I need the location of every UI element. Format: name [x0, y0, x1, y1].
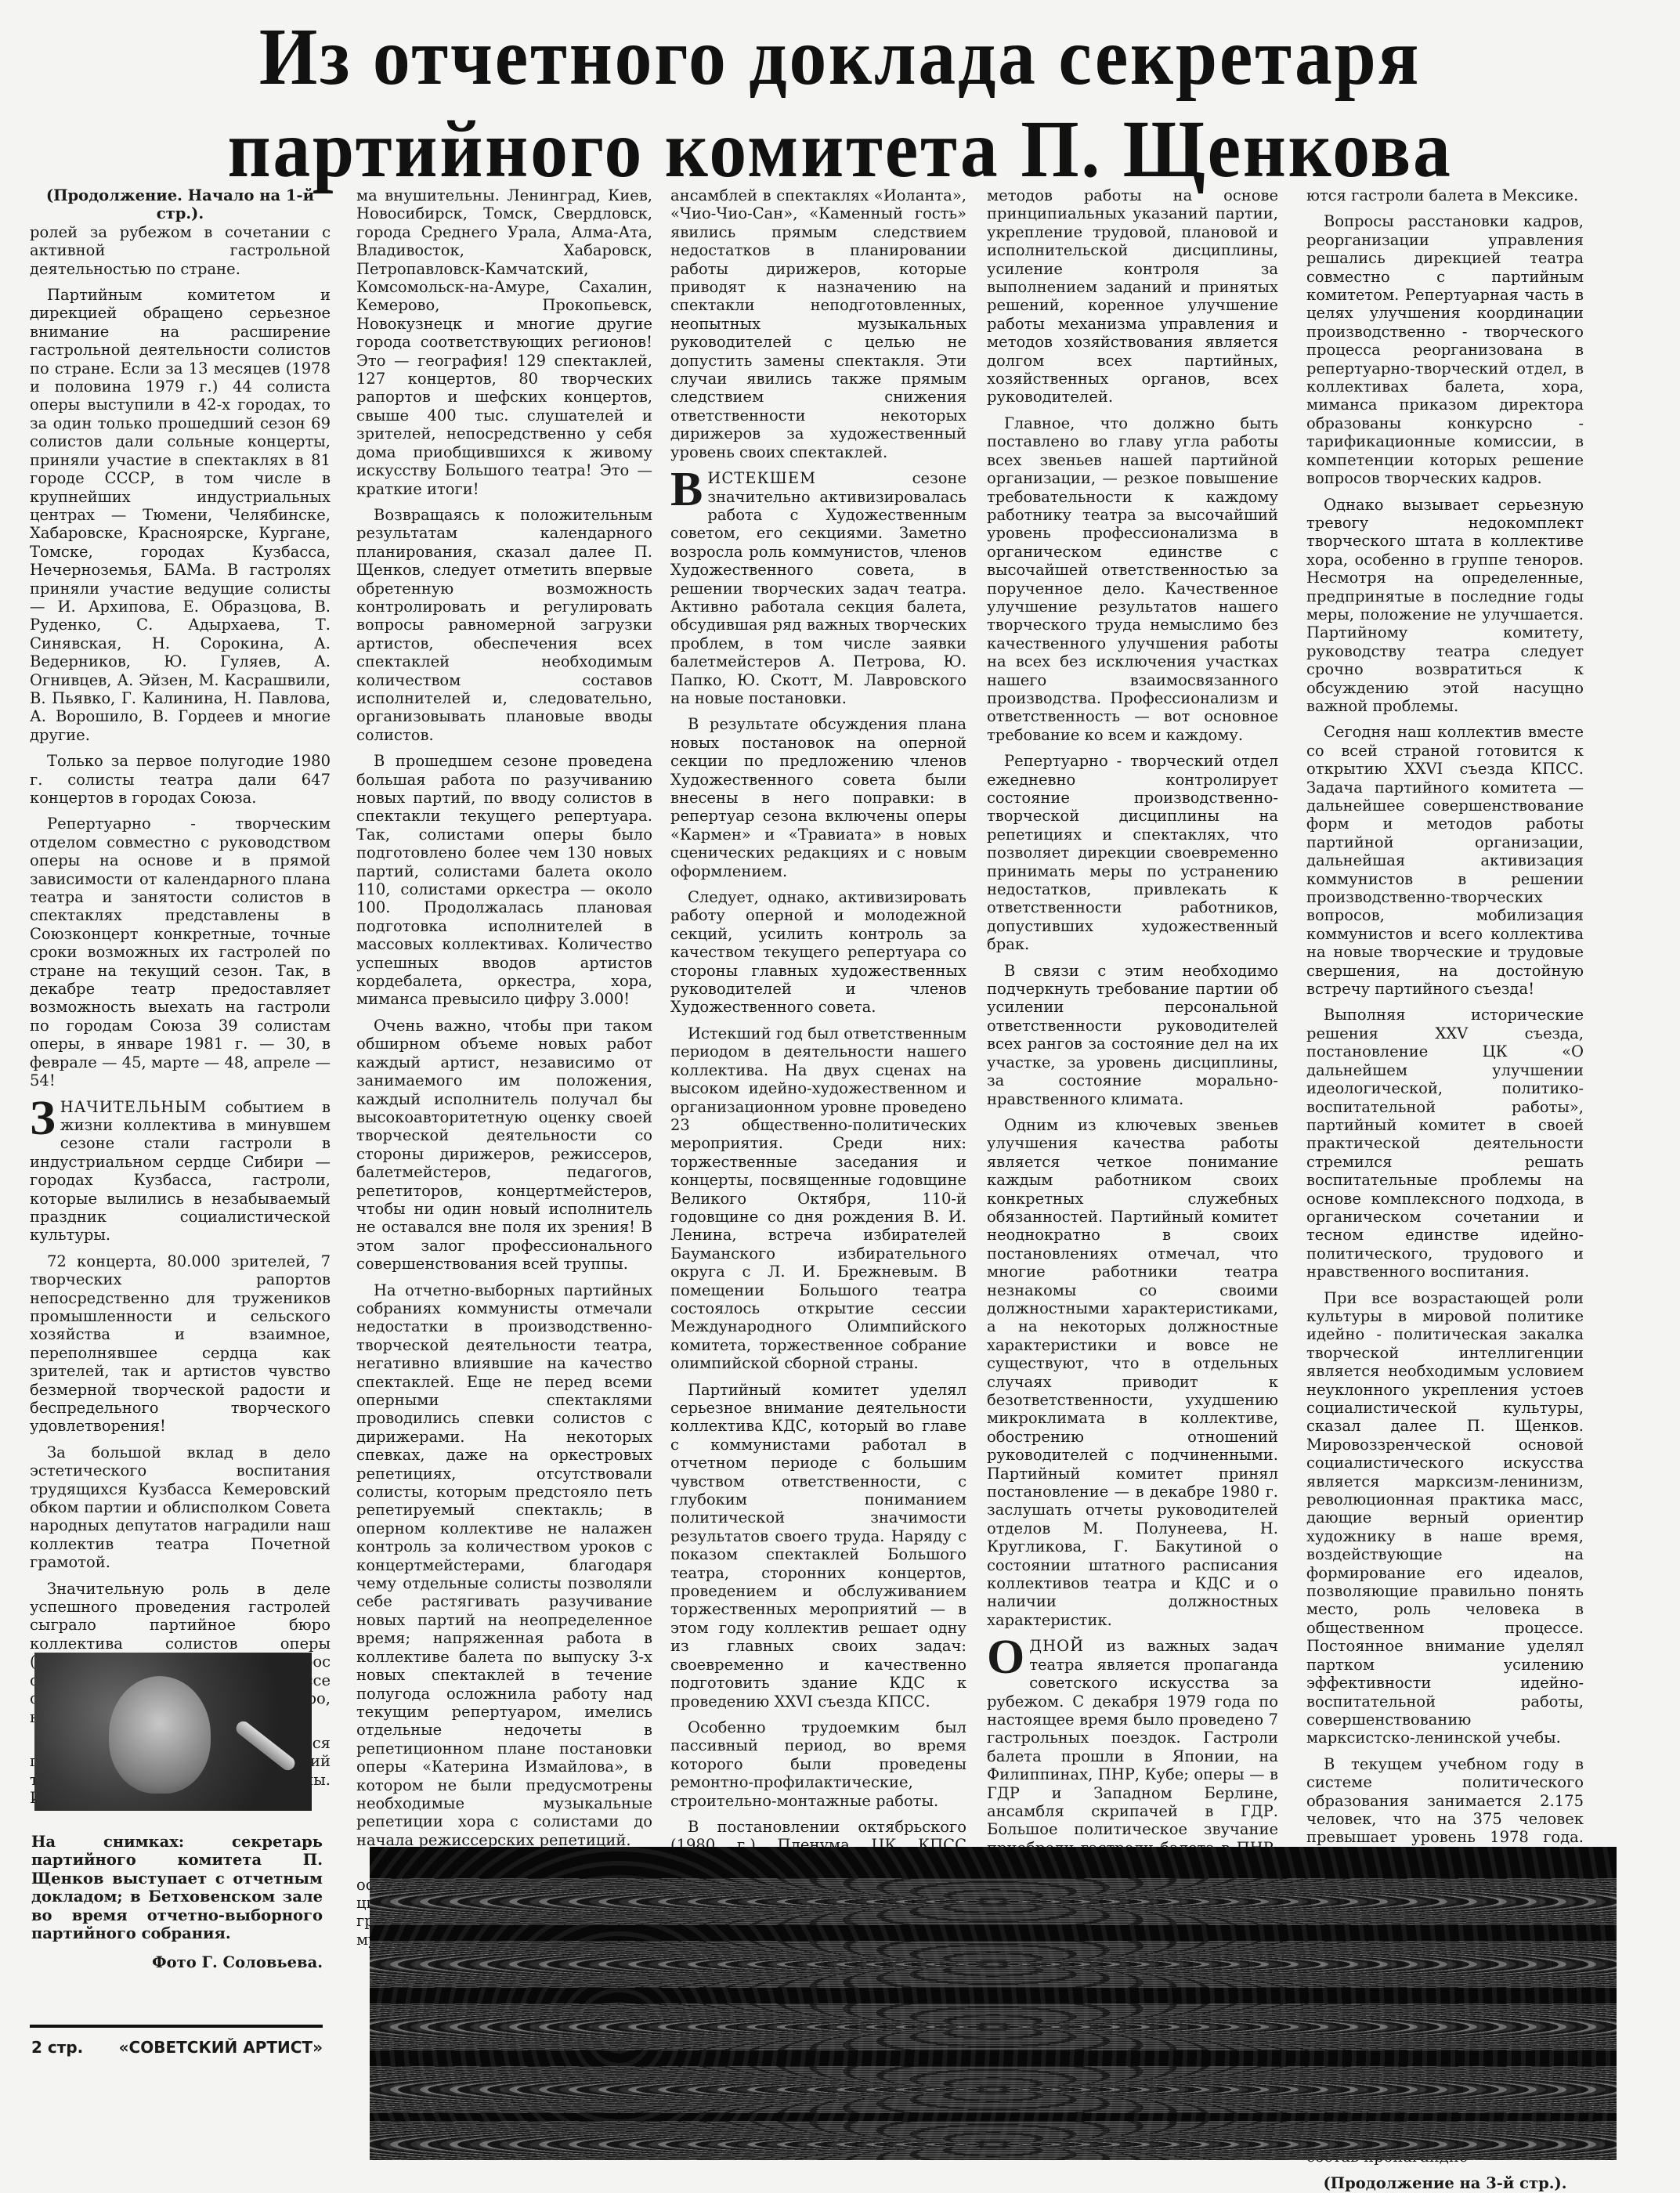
paragraph: Партийным комитетом и дирекцией обращено… [30, 286, 331, 744]
page-footer: 2 стр. «СОВЕТСКИЙ АРТИСТ» [31, 2038, 323, 2057]
caption-text: На снимках: секретарь партийного комитет… [31, 1833, 323, 1942]
section-lead-paragraph: ЗНАЧИТЕЛЬНЫМ событием в жизни коллектива… [30, 1098, 331, 1245]
paragraph: На отчетно-выборных партийных собраниях … [356, 1281, 652, 1850]
article-column-1: (Продолжение. Начало на 1-й стр.). ролей… [30, 186, 331, 1815]
microphone-icon [233, 1718, 298, 1773]
section-lead-paragraph: ВИСТЕКШЕМ сезоне значительно активизиров… [670, 469, 966, 707]
section-lead-word: ДНОЙ [1029, 1637, 1084, 1655]
paragraph: Только за первое полугодие 1980 г. солис… [30, 752, 331, 807]
drop-cap: В [670, 471, 703, 508]
paragraph: Партийный комитет уделял серьезное внима… [670, 1381, 966, 1711]
paragraph: 72 концерта, 80.000 зрителей, 7 творческ… [30, 1252, 331, 1436]
continuation-note: (Продолжение на 3-й стр.). [1306, 2174, 1584, 2192]
section-lead-word: ИСТЕКШЕМ [707, 469, 816, 487]
headline-line-2: партийного комитета П. Щенкова [67, 103, 1613, 196]
paragraph: Однако вызывает серьезную тревогу недоко… [1306, 496, 1584, 716]
speaker-face [109, 1676, 211, 1794]
audience-row [370, 1941, 1617, 1988]
article-column-4: методов работы на основе принципиальных … [987, 186, 1278, 2019]
paragraph: ансамблей в спектаклях «Иоланта», «Чио-Ч… [670, 186, 966, 461]
paragraph: Репертуарно - творческий отдел ежедневно… [987, 752, 1278, 953]
paragraph: Вопросы расстановки кадров, реорганизаци… [1306, 212, 1584, 487]
paragraph: Главное, что должно быть поставлено во г… [987, 414, 1278, 744]
paragraph: Следует, однако, активизировать работу о… [670, 888, 966, 1017]
footer-divider [30, 2025, 323, 2028]
photo-credit: Фото Г. Соловьева. [31, 1953, 323, 1971]
page-number: 2 стр. [31, 2038, 83, 2057]
paragraph: Истекший год был ответственным периодом … [670, 1024, 966, 1373]
drop-cap: З [30, 1100, 56, 1137]
paragraph: ролей за рубежом в сочетании с активной … [30, 223, 331, 278]
paragraph: За большой вклад в дело эстетического во… [30, 1443, 331, 1572]
paragraph: методов работы на основе принципиальных … [987, 186, 1278, 406]
paragraph: ются гастроли балета в Мексике. [1306, 186, 1584, 204]
drop-cap: О [987, 1638, 1024, 1676]
continuation-note: (Продолжение. Начало на 1-й стр.). [30, 186, 331, 223]
paragraph: Репертуарно - творческим отделом совмест… [30, 815, 331, 1089]
paragraph: При все возрастающей роли культуры в мир… [1306, 1289, 1584, 1747]
audience-row [370, 1878, 1617, 1925]
audience-row [370, 2066, 1617, 2113]
article-column-3: ансамблей в спектаклях «Иоланта», «Чио-Ч… [670, 186, 966, 1980]
audience-photo [370, 1847, 1617, 2160]
headline: Из отчетного доклада секретаря партийног… [67, 11, 1613, 196]
paragraph: Возвращаясь к положительным результатам … [356, 506, 652, 744]
headline-line-1: Из отчетного доклада секретаря [67, 11, 1613, 103]
photo-caption: На снимках: секретарь партийного комитет… [31, 1833, 323, 1972]
article-column-2: ма внушительны. Ленинград, Киев, Новосиб… [356, 186, 652, 1956]
paragraph: ма внушительны. Ленинград, Киев, Новосиб… [356, 186, 652, 498]
paragraph: Очень важно, чтобы при таком обширном об… [356, 1017, 652, 1274]
newspaper-name: «СОВЕТСКИЙ АРТИСТ» [119, 2038, 323, 2057]
paragraph: Выполняя исторические решения XXV съезда… [1306, 1006, 1584, 1281]
paragraph: Сегодня наш коллектив вместе со всей стр… [1306, 723, 1584, 998]
paragraph: Особенно трудоемким был пассивный период… [670, 1718, 966, 1810]
paragraph: В результате обсуждения плана новых пост… [670, 715, 966, 880]
audience-row [370, 2121, 1617, 2160]
paragraph: В связи с этим необходимо подчеркнуть тр… [987, 962, 1278, 1108]
audience-row [370, 2003, 1617, 2050]
portrait-photo [34, 1653, 312, 1811]
section-lead-word: НАЧИТЕЛЬНЫМ [60, 1098, 208, 1116]
paragraph: Одним из ключевых звеньев улучшения каче… [987, 1116, 1278, 1629]
paragraph: В прошедшем сезоне проведена большая раб… [356, 752, 652, 1009]
